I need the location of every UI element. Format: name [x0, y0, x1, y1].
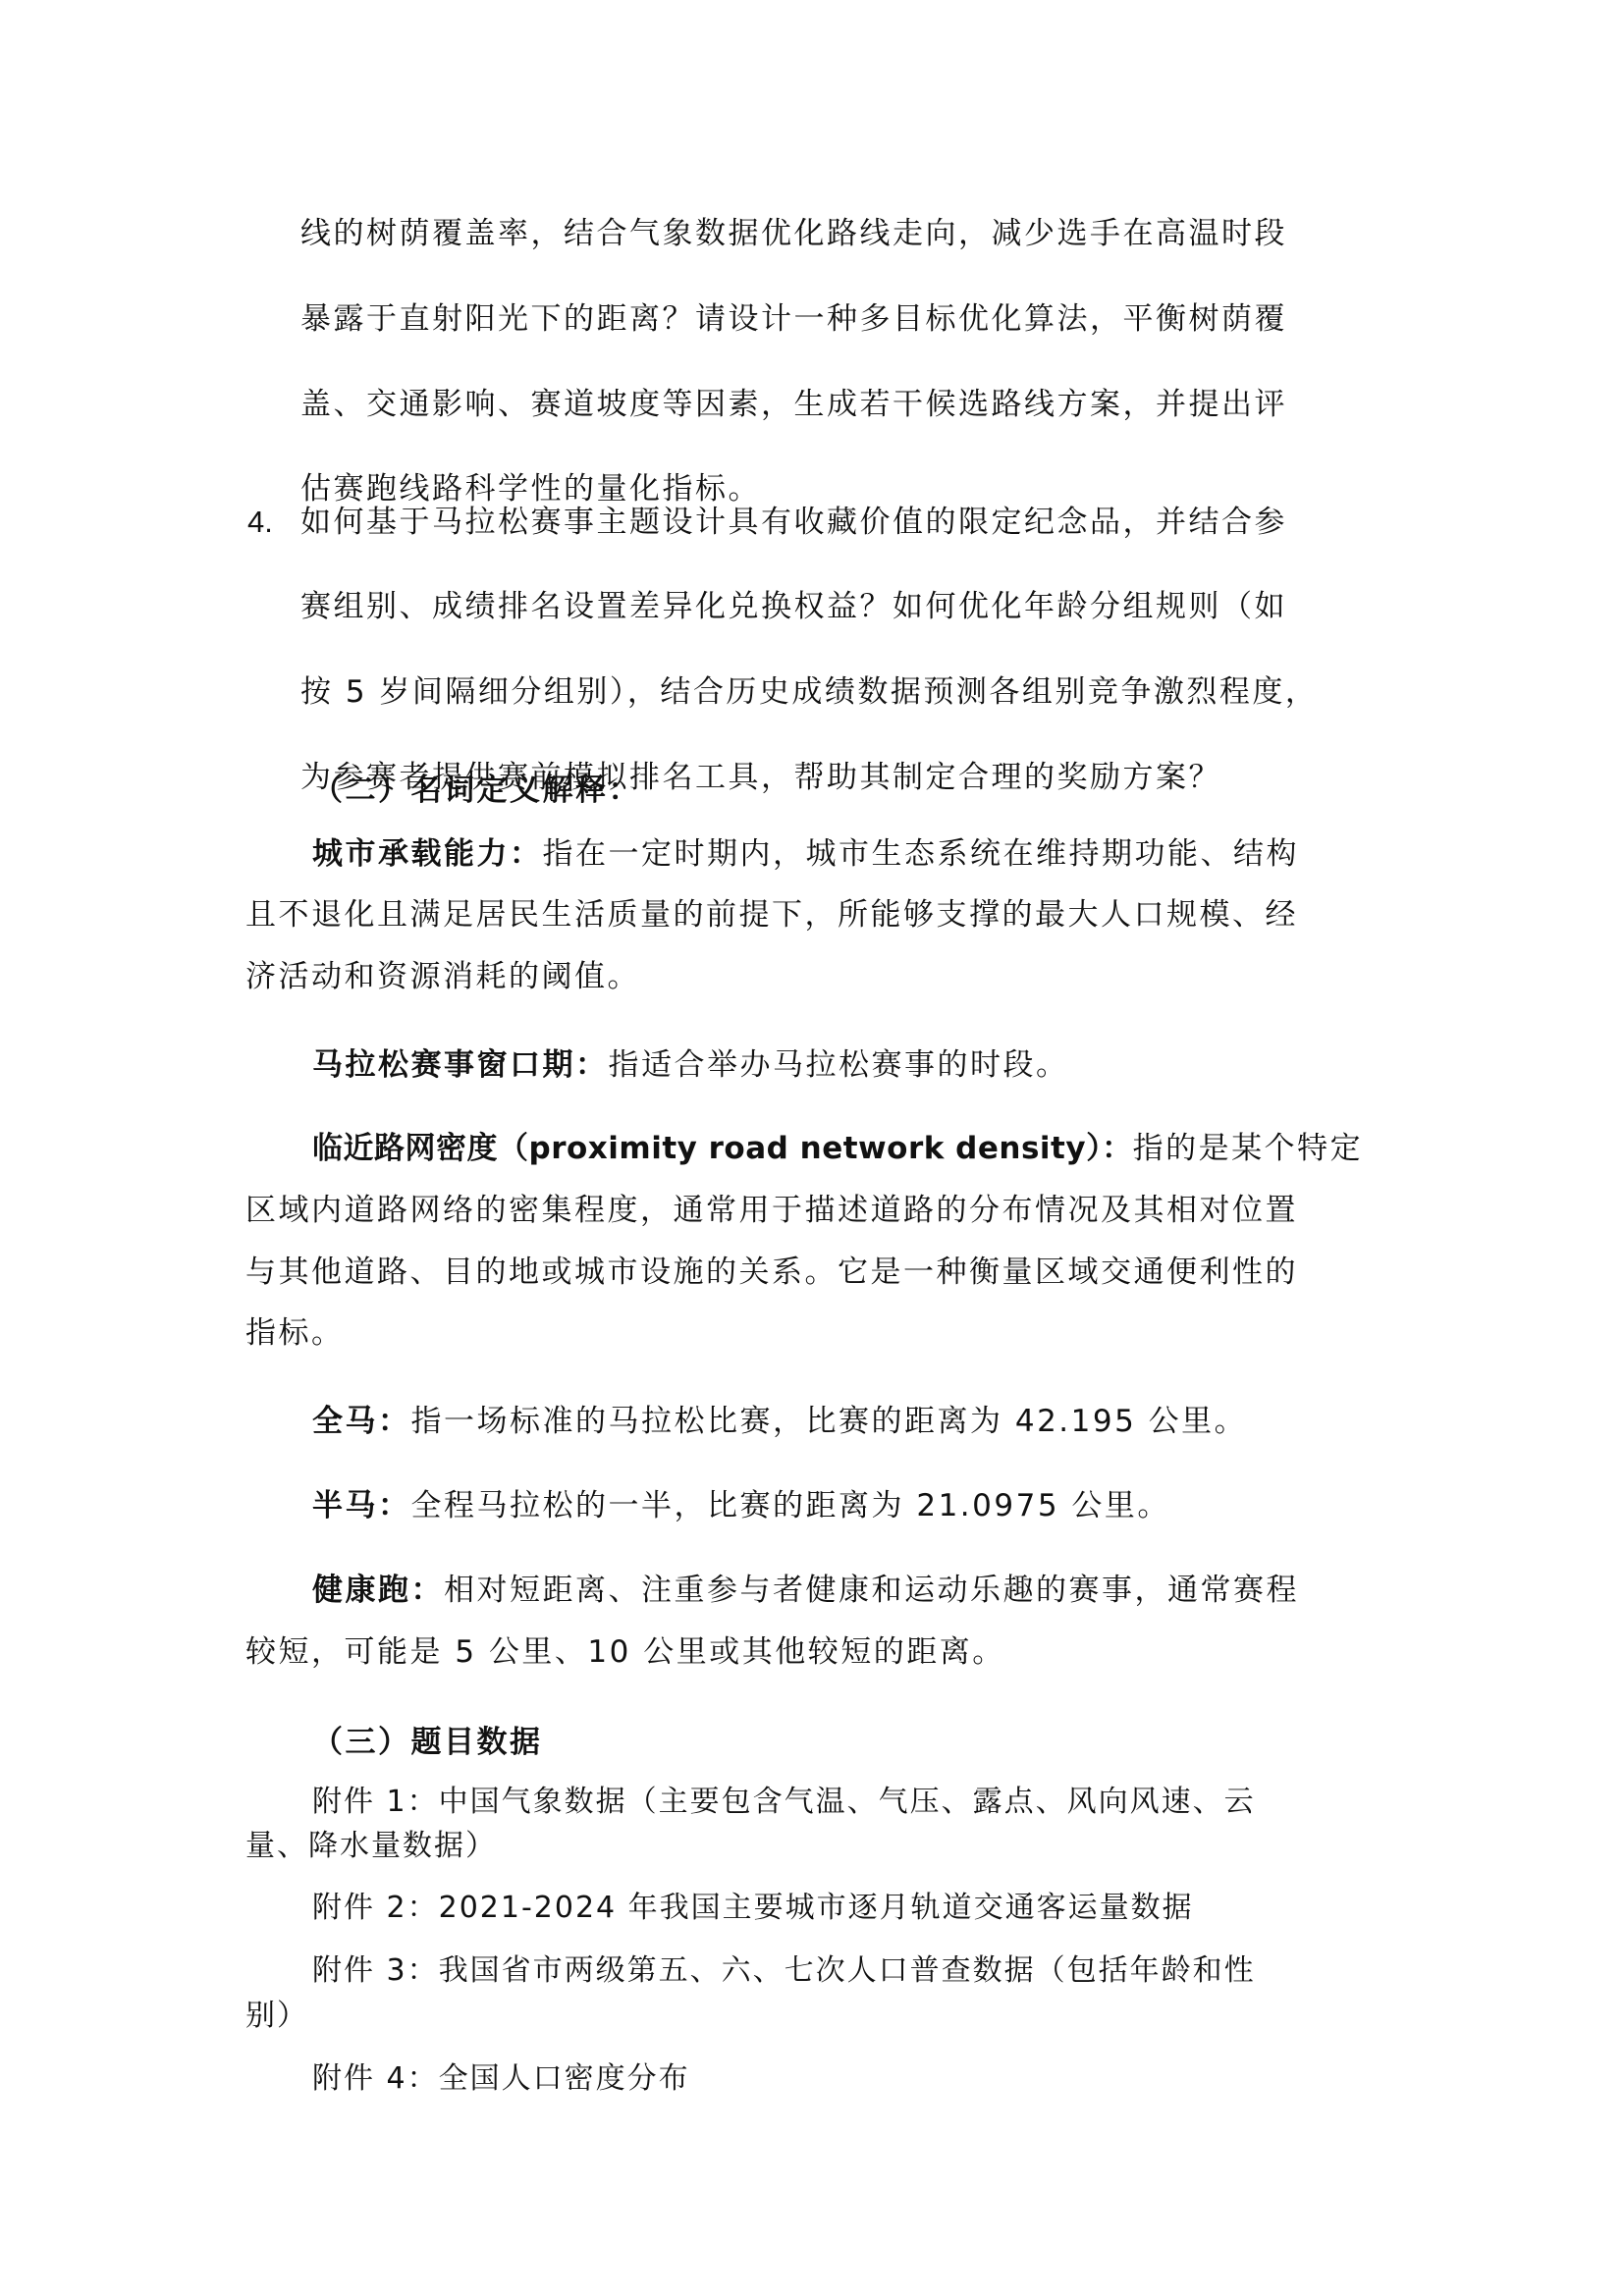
term-label: 城市承载能力： — [312, 836, 543, 872]
term-label: 临近路网密度（proximity road network density）： — [312, 1131, 1133, 1166]
definition-line: 且不退化且满足居民生活质量的前提下，所能够支撑的最大人口规模、经 — [245, 895, 1298, 934]
definition-line: 城市承载能力：指在一定时期内，城市生态系统在维持期功能、结构 — [312, 834, 1299, 874]
definition-line: 区域内道路网络的密集程度，通常用于描述道路的分布情况及其相对位置 — [245, 1191, 1298, 1230]
attachment-item: 附件 3：我国省市两级第五、六、七次人口普查数据（包括年龄和性 — [312, 1951, 1256, 1991]
term-definition: 相对短距离、注重参与者健康和运动乐趣的赛事，通常赛程 — [444, 1573, 1299, 1608]
definition-line: 指标。 — [245, 1313, 345, 1353]
attachment-item: 附件 2：2021-2024 年我国主要城市逐月轨道交通客运量数据 — [312, 1889, 1194, 1928]
term-definition: 指一场标准的马拉松比赛，比赛的距离为 42.195 公里。 — [411, 1404, 1248, 1439]
question-line: 如何基于马拉松赛事主题设计具有收藏价值的限定纪念品，并结合参 — [300, 503, 1287, 542]
definition-line: 马拉松赛事窗口期：指适合举办马拉松赛事的时段。 — [312, 1045, 1069, 1085]
attachment-item: 别） — [245, 1997, 308, 2036]
question-line: 按 5 岁间隔细分组别），结合历史成绩数据预测各组别竞争激烈程度， — [300, 672, 1318, 712]
term-definition: 指在一定时期内，城市生态系统在维持期功能、结构 — [543, 836, 1300, 872]
paragraph-line: 盖、交通影响、赛道坡度等因素，生成若干候选路线方案，并提出评 — [300, 385, 1287, 424]
document-page: 线的树荫覆盖率，结合气象数据优化路线走向，减少选手在高温时段 暴露于直射阳光下的… — [0, 0, 1624, 2296]
term-label: 全马： — [312, 1404, 411, 1439]
term-label: 马拉松赛事窗口期： — [312, 1047, 609, 1083]
paragraph-line: 线的树荫覆盖率，结合气象数据优化路线走向，减少选手在高温时段 — [300, 214, 1287, 253]
term-definition: 指适合举办马拉松赛事的时段。 — [609, 1047, 1069, 1083]
definition-line: 临近路网密度（proximity road network density）：指… — [312, 1129, 1363, 1168]
list-number: 4. — [247, 503, 273, 542]
term-definition: 全程马拉松的一半，比赛的距离为 21.0975 公里。 — [411, 1488, 1170, 1523]
definition-line: 与其他道路、目的地或城市设施的关系。它是一种衡量区域交通便利性的 — [245, 1253, 1298, 1292]
definition-line: 健康跑：相对短距离、注重参与者健康和运动乐趣的赛事，通常赛程 — [312, 1571, 1299, 1610]
question-line: 赛组别、成绩排名设置差异化兑换权益？如何优化年龄分组规则（如 — [300, 587, 1287, 626]
term-definition: 指的是某个特定 — [1133, 1131, 1364, 1166]
definition-line: 济活动和资源消耗的阈值。 — [245, 957, 640, 996]
attachment-item: 附件 1：中国气象数据（主要包含气温、气压、露点、风向风速、云 — [312, 1783, 1256, 1822]
definition-line: 全马：指一场标准的马拉松比赛，比赛的距离为 42.195 公里。 — [312, 1402, 1247, 1441]
attachment-item: 附件 4：全国人口密度分布 — [312, 2059, 690, 2099]
section-heading: （二）名词定义解释： — [312, 771, 641, 810]
paragraph-line: 暴露于直射阳光下的距离？请设计一种多目标优化算法，平衡树荫覆 — [300, 299, 1287, 339]
term-label: 半马： — [312, 1488, 411, 1523]
definition-line: 较短，可能是 5 公里、10 公里或其他较短的距离。 — [245, 1632, 1005, 1672]
definition-line: 半马：全程马拉松的一半，比赛的距离为 21.0975 公里。 — [312, 1486, 1170, 1525]
term-label: 健康跑： — [312, 1573, 444, 1608]
attachment-item: 量、降水量数据） — [245, 1827, 497, 1866]
section-heading: （三）题目数据 — [312, 1723, 543, 1762]
